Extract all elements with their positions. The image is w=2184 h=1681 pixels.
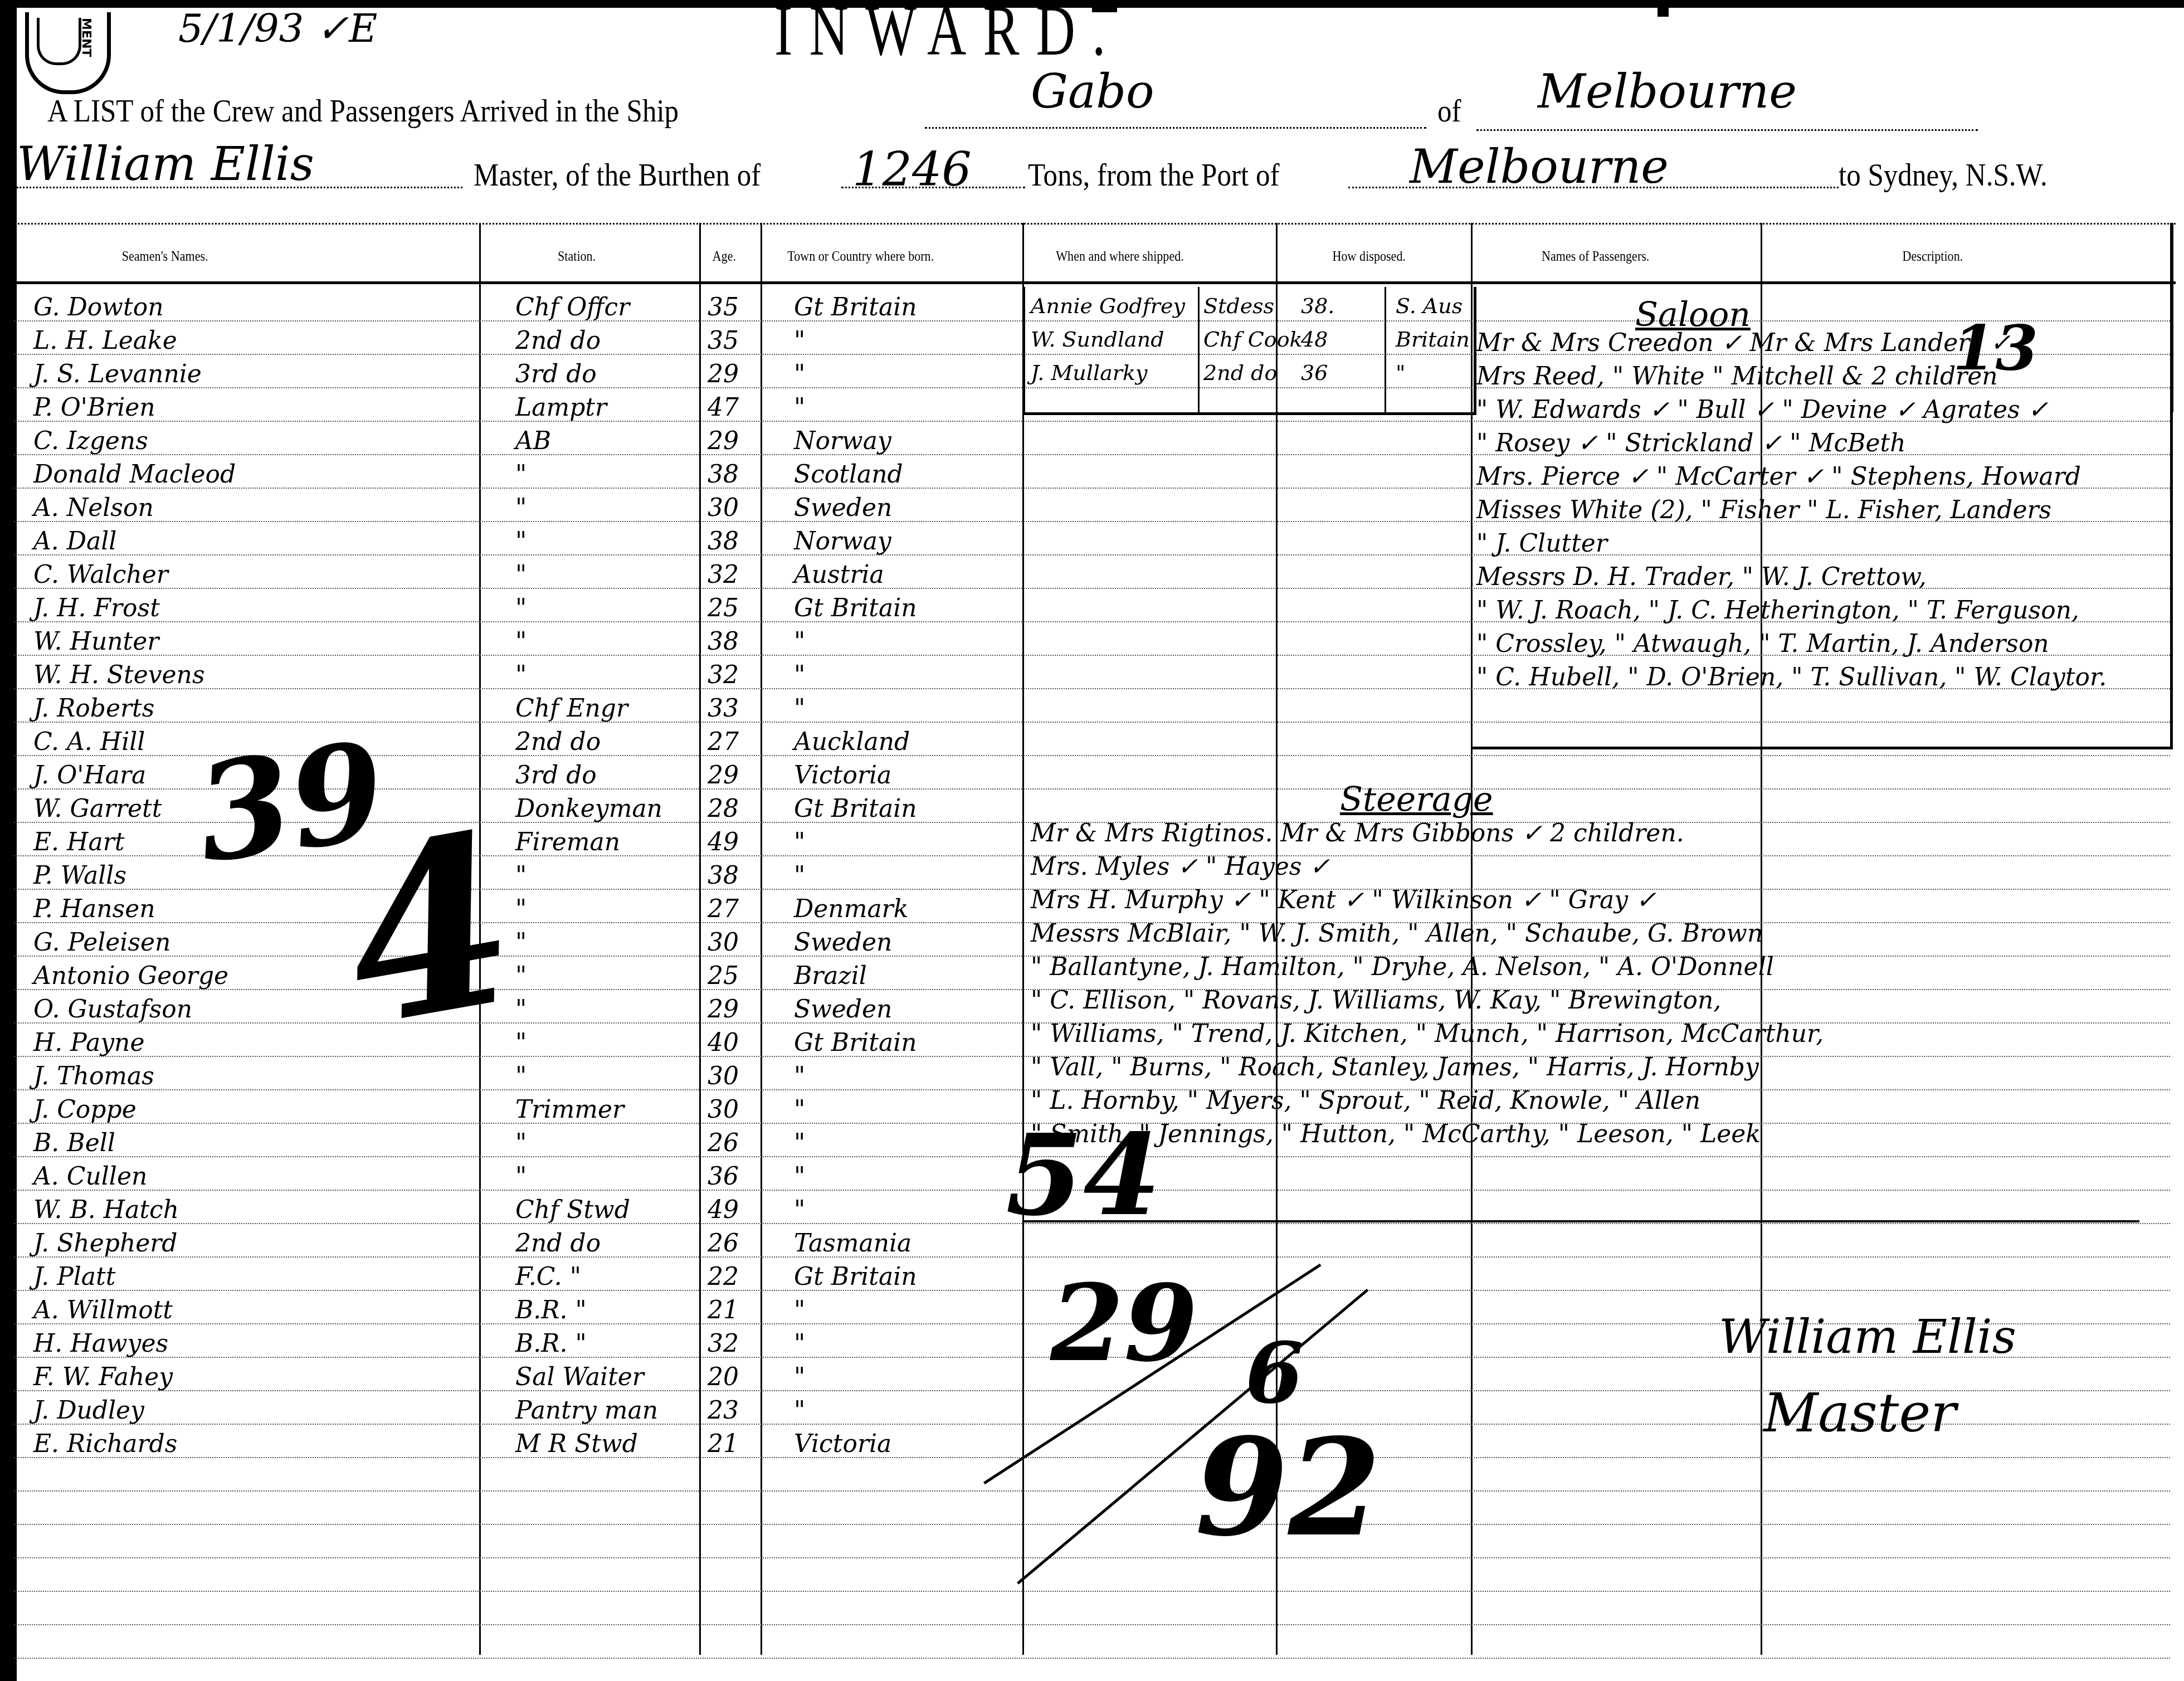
burthen-line bbox=[841, 187, 1025, 188]
station: " bbox=[515, 1164, 526, 1189]
birthplace: Scotland bbox=[794, 462, 903, 487]
col-head-age: Age. bbox=[713, 248, 736, 265]
master-title: Master bbox=[1763, 1382, 1956, 1444]
saloon-passenger-line: Messrs D. H. Trader, " W. J. Crettow, bbox=[1476, 563, 1927, 591]
seaman-name: J. Coppe bbox=[33, 1098, 136, 1122]
steerage-passenger-line: Mr & Mrs Rigtinos. Mr & Mrs Gibbons ✓ 2 … bbox=[1031, 819, 1684, 847]
birthplace: " bbox=[794, 1064, 805, 1089]
steerage-passenger-line: Mrs. Myles ✓ " Hayes ✓ bbox=[1031, 852, 1330, 881]
row-rule bbox=[14, 1624, 2170, 1625]
ship-port-line bbox=[1476, 129, 1978, 131]
station: Donkeyman bbox=[515, 797, 662, 821]
disposed: " bbox=[1396, 362, 1405, 383]
birthplace: " bbox=[794, 696, 805, 721]
age: 26 bbox=[708, 1131, 739, 1156]
birthplace: " bbox=[794, 864, 805, 888]
date-fraction-mid: 6 bbox=[1245, 1332, 1303, 1415]
master-label: Master, of the Burthen of bbox=[474, 156, 760, 193]
row-rule bbox=[14, 1524, 2170, 1525]
seaman-name: A. Willmott bbox=[33, 1298, 173, 1323]
birthplace: " bbox=[794, 396, 805, 420]
station: 3rd do bbox=[515, 362, 597, 387]
age: 29 bbox=[708, 763, 739, 788]
station: AB bbox=[515, 429, 551, 454]
birthplace: Gt Britain bbox=[794, 797, 917, 821]
station: F.C. " bbox=[515, 1265, 581, 1289]
master-name: William Ellis bbox=[17, 137, 314, 191]
crest-icon bbox=[37, 18, 81, 65]
age: 32 bbox=[708, 1332, 739, 1356]
col-divider bbox=[1022, 223, 1024, 1655]
saloon-passenger-line: Mrs. Pierce ✓ " McCarter ✓ " Stephens, H… bbox=[1476, 462, 2081, 491]
age: 26 bbox=[708, 1231, 739, 1256]
seaman-name: C. A. Hill bbox=[33, 730, 145, 754]
burthen-value: 1246 bbox=[852, 142, 972, 197]
crew-tally-note: 4 bbox=[329, 801, 530, 1060]
birthplace: Victoria bbox=[794, 1432, 891, 1456]
stamp-text: MENT bbox=[79, 18, 93, 57]
tons-label: Tons, from the Port of bbox=[1028, 156, 1279, 193]
steerage-passenger-line: " Williams, " Trend, J. Kitchen, " Munch… bbox=[1031, 1020, 1824, 1048]
birthplace: " bbox=[794, 630, 805, 654]
from-port: Melbourne bbox=[1410, 139, 1669, 194]
seaman-name: G. Dowton bbox=[33, 295, 164, 320]
age: 27 bbox=[708, 897, 739, 922]
birthplace: Gt Britain bbox=[794, 295, 917, 320]
seaman-name: Antonio George bbox=[33, 964, 228, 988]
ship-port: Melbourne bbox=[1538, 64, 1797, 119]
seaman-name: A. Nelson bbox=[33, 496, 154, 520]
col-head-passengers: Names of Passengers. bbox=[1542, 248, 1649, 265]
birthplace: Norway bbox=[794, 529, 891, 554]
birthplace: " bbox=[794, 663, 805, 688]
shipped-divider bbox=[1384, 287, 1386, 412]
birthplace: " bbox=[794, 329, 805, 353]
age: 38 bbox=[708, 630, 739, 654]
station: " bbox=[515, 563, 526, 587]
shipped-age: 48 bbox=[1301, 329, 1328, 350]
table-top-rule bbox=[14, 223, 2176, 225]
station: " bbox=[515, 529, 526, 554]
of-label: of bbox=[1437, 92, 1461, 129]
shipped-name: W. Sundland bbox=[1031, 329, 1164, 350]
seaman-name: A. Cullen bbox=[33, 1164, 147, 1189]
age: 28 bbox=[708, 797, 739, 821]
shipped-name: Annie Godfrey bbox=[1031, 295, 1185, 316]
birthplace: Auckland bbox=[794, 730, 910, 754]
saloon-tally: 13 bbox=[1953, 318, 2038, 379]
saloon-passenger-line: " W. Edwards ✓ " Bull ✓ " Devine ✓ Agrat… bbox=[1476, 396, 2048, 424]
station: Sal Waiter bbox=[515, 1365, 644, 1390]
col-head-seamen: Seamen's Names. bbox=[122, 248, 208, 265]
age: 30 bbox=[708, 496, 739, 520]
station: 3rd do bbox=[515, 763, 597, 788]
shipped-station: Stdess bbox=[1203, 295, 1274, 316]
shipped-station: Chf Cook bbox=[1203, 329, 1303, 350]
age: 49 bbox=[708, 1198, 739, 1222]
shipped-divider bbox=[1198, 287, 1200, 412]
steerage-end-rule bbox=[1022, 1220, 2139, 1222]
seaman-name: J. Dudley bbox=[33, 1399, 144, 1423]
birthplace: Gt Britain bbox=[794, 1265, 917, 1289]
seaman-name: E. Hart bbox=[33, 830, 124, 855]
age: 29 bbox=[708, 362, 739, 387]
seaman-name: W. Hunter bbox=[33, 630, 159, 654]
station: " bbox=[515, 930, 526, 955]
station: " bbox=[515, 596, 526, 621]
age: 21 bbox=[708, 1432, 739, 1456]
age: 30 bbox=[708, 930, 739, 955]
archive-stamp-icon: MENT bbox=[25, 12, 111, 94]
station: Chf Offcr bbox=[515, 295, 630, 320]
scan-border-block bbox=[1657, 0, 1669, 17]
seaman-name: A. Dall bbox=[33, 529, 116, 554]
age: 30 bbox=[708, 1064, 739, 1089]
age: 25 bbox=[708, 596, 739, 621]
row-rule bbox=[14, 1457, 2170, 1458]
seaman-name: B. Bell bbox=[33, 1131, 115, 1156]
station: 2nd do bbox=[515, 1231, 601, 1256]
col-divider bbox=[699, 223, 701, 1655]
col-head-shipped: When and where shipped. bbox=[1056, 248, 1184, 265]
age: 35 bbox=[708, 295, 739, 320]
steerage-passenger-line: " C. Ellison, " Rovans, J. Williams, W. … bbox=[1031, 986, 1721, 1015]
station: " bbox=[515, 496, 526, 520]
seaman-name: C. Izgens bbox=[33, 429, 148, 454]
age: 40 bbox=[708, 1031, 739, 1055]
seaman-name: C. Walcher bbox=[33, 563, 168, 587]
birthplace: Austria bbox=[794, 563, 884, 587]
seaman-name: W. B. Hatch bbox=[33, 1198, 179, 1222]
shipped-name: J. Mullarky bbox=[1031, 362, 1147, 383]
seaman-name: L. H. Leake bbox=[33, 329, 177, 353]
saloon-passenger-line: " Rosey ✓ " Strickland ✓ " McBeth bbox=[1476, 429, 1906, 457]
saloon-passenger-line: " W. J. Roach, " J. C. Hetherington, " T… bbox=[1476, 596, 2079, 625]
birthplace: Brazil bbox=[794, 964, 867, 988]
birthplace: " bbox=[794, 1298, 805, 1323]
birthplace: " bbox=[794, 1098, 805, 1122]
station: " bbox=[515, 630, 526, 654]
birthplace: " bbox=[794, 1332, 805, 1356]
col-head-description: Description. bbox=[1903, 248, 1963, 265]
row-rule bbox=[14, 1256, 2170, 1258]
station: Lamptr bbox=[515, 396, 607, 420]
station: " bbox=[515, 1131, 526, 1156]
seaman-name: H. Payne bbox=[33, 1031, 144, 1055]
seaman-name: J. O'Hara bbox=[33, 763, 146, 788]
saloon-passenger-line: Mr & Mrs Creedon ✓ Mr & Mrs Landers ✓ bbox=[1476, 329, 2011, 357]
steerage-passenger-line: Mrs H. Murphy ✓ " Kent ✓ " Wilkinson ✓ "… bbox=[1031, 886, 1656, 914]
age: 33 bbox=[708, 696, 739, 721]
station: 2nd do bbox=[515, 730, 601, 754]
row-rule bbox=[14, 1557, 2170, 1558]
station: B.R. " bbox=[515, 1332, 587, 1356]
seaman-name: H. Hawyes bbox=[33, 1332, 168, 1356]
birthplace: Sweden bbox=[794, 496, 892, 520]
seaman-name: E. Richards bbox=[33, 1432, 177, 1456]
seaman-name: Donald Macleod bbox=[33, 462, 236, 487]
station: Chf Engr bbox=[515, 696, 628, 721]
age: 32 bbox=[708, 663, 739, 688]
steerage-passenger-line: Messrs McBlair, " W. J. Smith, " Allen, … bbox=[1031, 919, 1763, 948]
age: 23 bbox=[708, 1399, 739, 1423]
seaman-name: J. Shepherd bbox=[33, 1231, 177, 1256]
birthplace: Denmark bbox=[794, 897, 908, 922]
age: 29 bbox=[708, 997, 739, 1022]
birthplace: " bbox=[794, 1198, 805, 1222]
birthplace: Norway bbox=[794, 429, 891, 454]
age: 27 bbox=[708, 730, 739, 754]
saloon-passenger-line: " C. Hubell, " D. O'Brien, " T. Sullivan… bbox=[1476, 663, 2107, 691]
age: 20 bbox=[708, 1365, 739, 1390]
birthplace: Tasmania bbox=[794, 1231, 911, 1256]
station: Chf Stwd bbox=[515, 1198, 630, 1222]
col-head-station: Station. bbox=[558, 248, 596, 265]
station: Trimmer bbox=[515, 1098, 624, 1122]
row-rule bbox=[14, 1591, 2170, 1592]
shipped-age: 38. bbox=[1301, 295, 1334, 316]
birthplace: Victoria bbox=[794, 763, 891, 788]
saloon-passenger-line: Misses White (2), " Fisher " L. Fisher, … bbox=[1476, 496, 2051, 524]
birthplace: " bbox=[794, 1164, 805, 1189]
date-fraction-bottom: 92 bbox=[1195, 1421, 1381, 1555]
birthplace: " bbox=[794, 830, 805, 855]
station: " bbox=[515, 864, 526, 888]
birthplace: " bbox=[794, 362, 805, 387]
ship-name: Gabo bbox=[1031, 64, 1154, 119]
age: 47 bbox=[708, 396, 739, 420]
age: 49 bbox=[708, 830, 739, 855]
steerage-passenger-line: " Vall, " Burns, " Roach, Stanley, James… bbox=[1031, 1053, 1759, 1081]
ship-name-line bbox=[925, 127, 1426, 129]
seaman-name: F. W. Fahey bbox=[33, 1365, 173, 1390]
seaman-name: W. H. Stevens bbox=[33, 663, 205, 688]
seaman-name: J. Thomas bbox=[33, 1064, 154, 1089]
station: B.R. " bbox=[515, 1298, 587, 1323]
station: Pantry man bbox=[515, 1399, 658, 1423]
birthplace: " bbox=[794, 1399, 805, 1423]
col-head-disposed: How disposed. bbox=[1333, 248, 1406, 265]
station: " bbox=[515, 462, 526, 487]
seaman-name: O. Gustafson bbox=[33, 997, 192, 1022]
age: 25 bbox=[708, 964, 739, 988]
seaman-name: J. Platt bbox=[33, 1265, 115, 1289]
age: 38 bbox=[708, 462, 739, 487]
station: " bbox=[515, 1064, 526, 1089]
seaman-name: P. Walls bbox=[33, 864, 126, 888]
shipped-station: 2nd do bbox=[1203, 362, 1277, 383]
master-name-line bbox=[17, 187, 462, 188]
station: " bbox=[515, 663, 526, 688]
birthplace: Gt Britain bbox=[794, 1031, 917, 1055]
steerage-passenger-line: " Ballantyne, J. Hamilton, " Dryhe, A. N… bbox=[1031, 953, 1774, 981]
col-head-born: Town or Country where born. bbox=[787, 248, 934, 265]
age: 36 bbox=[708, 1164, 739, 1189]
birthplace: Gt Britain bbox=[794, 596, 917, 621]
steerage-heading: Steerage bbox=[1340, 780, 1493, 819]
crew-passenger-table: Seamen's Names. Station. Age. Town or Co… bbox=[14, 223, 2176, 1655]
station: Fireman bbox=[515, 830, 620, 855]
birthplace: Sweden bbox=[794, 997, 892, 1022]
seaman-name: G. Peleisen bbox=[33, 930, 170, 955]
age: 38 bbox=[708, 864, 739, 888]
station: 2nd do bbox=[515, 329, 601, 353]
steerage-tally: 54 bbox=[1006, 1120, 1161, 1231]
age: 38 bbox=[708, 529, 739, 554]
saloon-passenger-line: " J. Clutter bbox=[1476, 529, 1607, 558]
age: 35 bbox=[708, 329, 739, 353]
age: 30 bbox=[708, 1098, 739, 1122]
birthplace: " bbox=[794, 1365, 805, 1390]
station: M R Stwd bbox=[515, 1432, 638, 1456]
row-rule bbox=[14, 1658, 2170, 1659]
master-signature: William Ellis bbox=[1719, 1309, 2016, 1364]
age: 21 bbox=[708, 1298, 739, 1323]
station: " bbox=[515, 897, 526, 922]
shipped-age: 36 bbox=[1301, 362, 1328, 383]
seaman-name: J. H. Frost bbox=[33, 596, 160, 621]
saloon-passenger-line: Mrs Reed, " White " Mitchell & 2 childre… bbox=[1476, 362, 1998, 391]
age: 32 bbox=[708, 563, 739, 587]
age: 22 bbox=[708, 1265, 739, 1289]
col-divider bbox=[760, 223, 762, 1655]
seaman-name: J. S. Levannie bbox=[33, 362, 202, 387]
row-rule bbox=[14, 1490, 2170, 1492]
page-title: INWARD. bbox=[774, 0, 1122, 72]
saloon-passenger-line: " Crossley, " Atwaugh, " T. Martin, J. A… bbox=[1476, 630, 2049, 658]
seaman-name: P. O'Brien bbox=[33, 396, 155, 420]
seaman-name: P. Hansen bbox=[33, 897, 155, 922]
disposed: S. Aus bbox=[1396, 295, 1462, 316]
seaman-name: J. Roberts bbox=[33, 696, 154, 721]
seaman-name: W. Garrett bbox=[33, 797, 162, 821]
disposed: Britain bbox=[1396, 329, 1470, 350]
document-page: MENT 5/1/93 ✓E INWARD. A LIST of the Cre… bbox=[0, 0, 2184, 1681]
age: 29 bbox=[708, 429, 739, 454]
list-prefix: A LIST of the Crew and Passengers Arrive… bbox=[47, 92, 679, 129]
birthplace: Sweden bbox=[794, 930, 892, 955]
reference-mark: 5/1/93 ✓E bbox=[178, 6, 377, 51]
birthplace: " bbox=[794, 1131, 805, 1156]
to-label: to Sydney, N.S.W. bbox=[1839, 156, 2047, 193]
